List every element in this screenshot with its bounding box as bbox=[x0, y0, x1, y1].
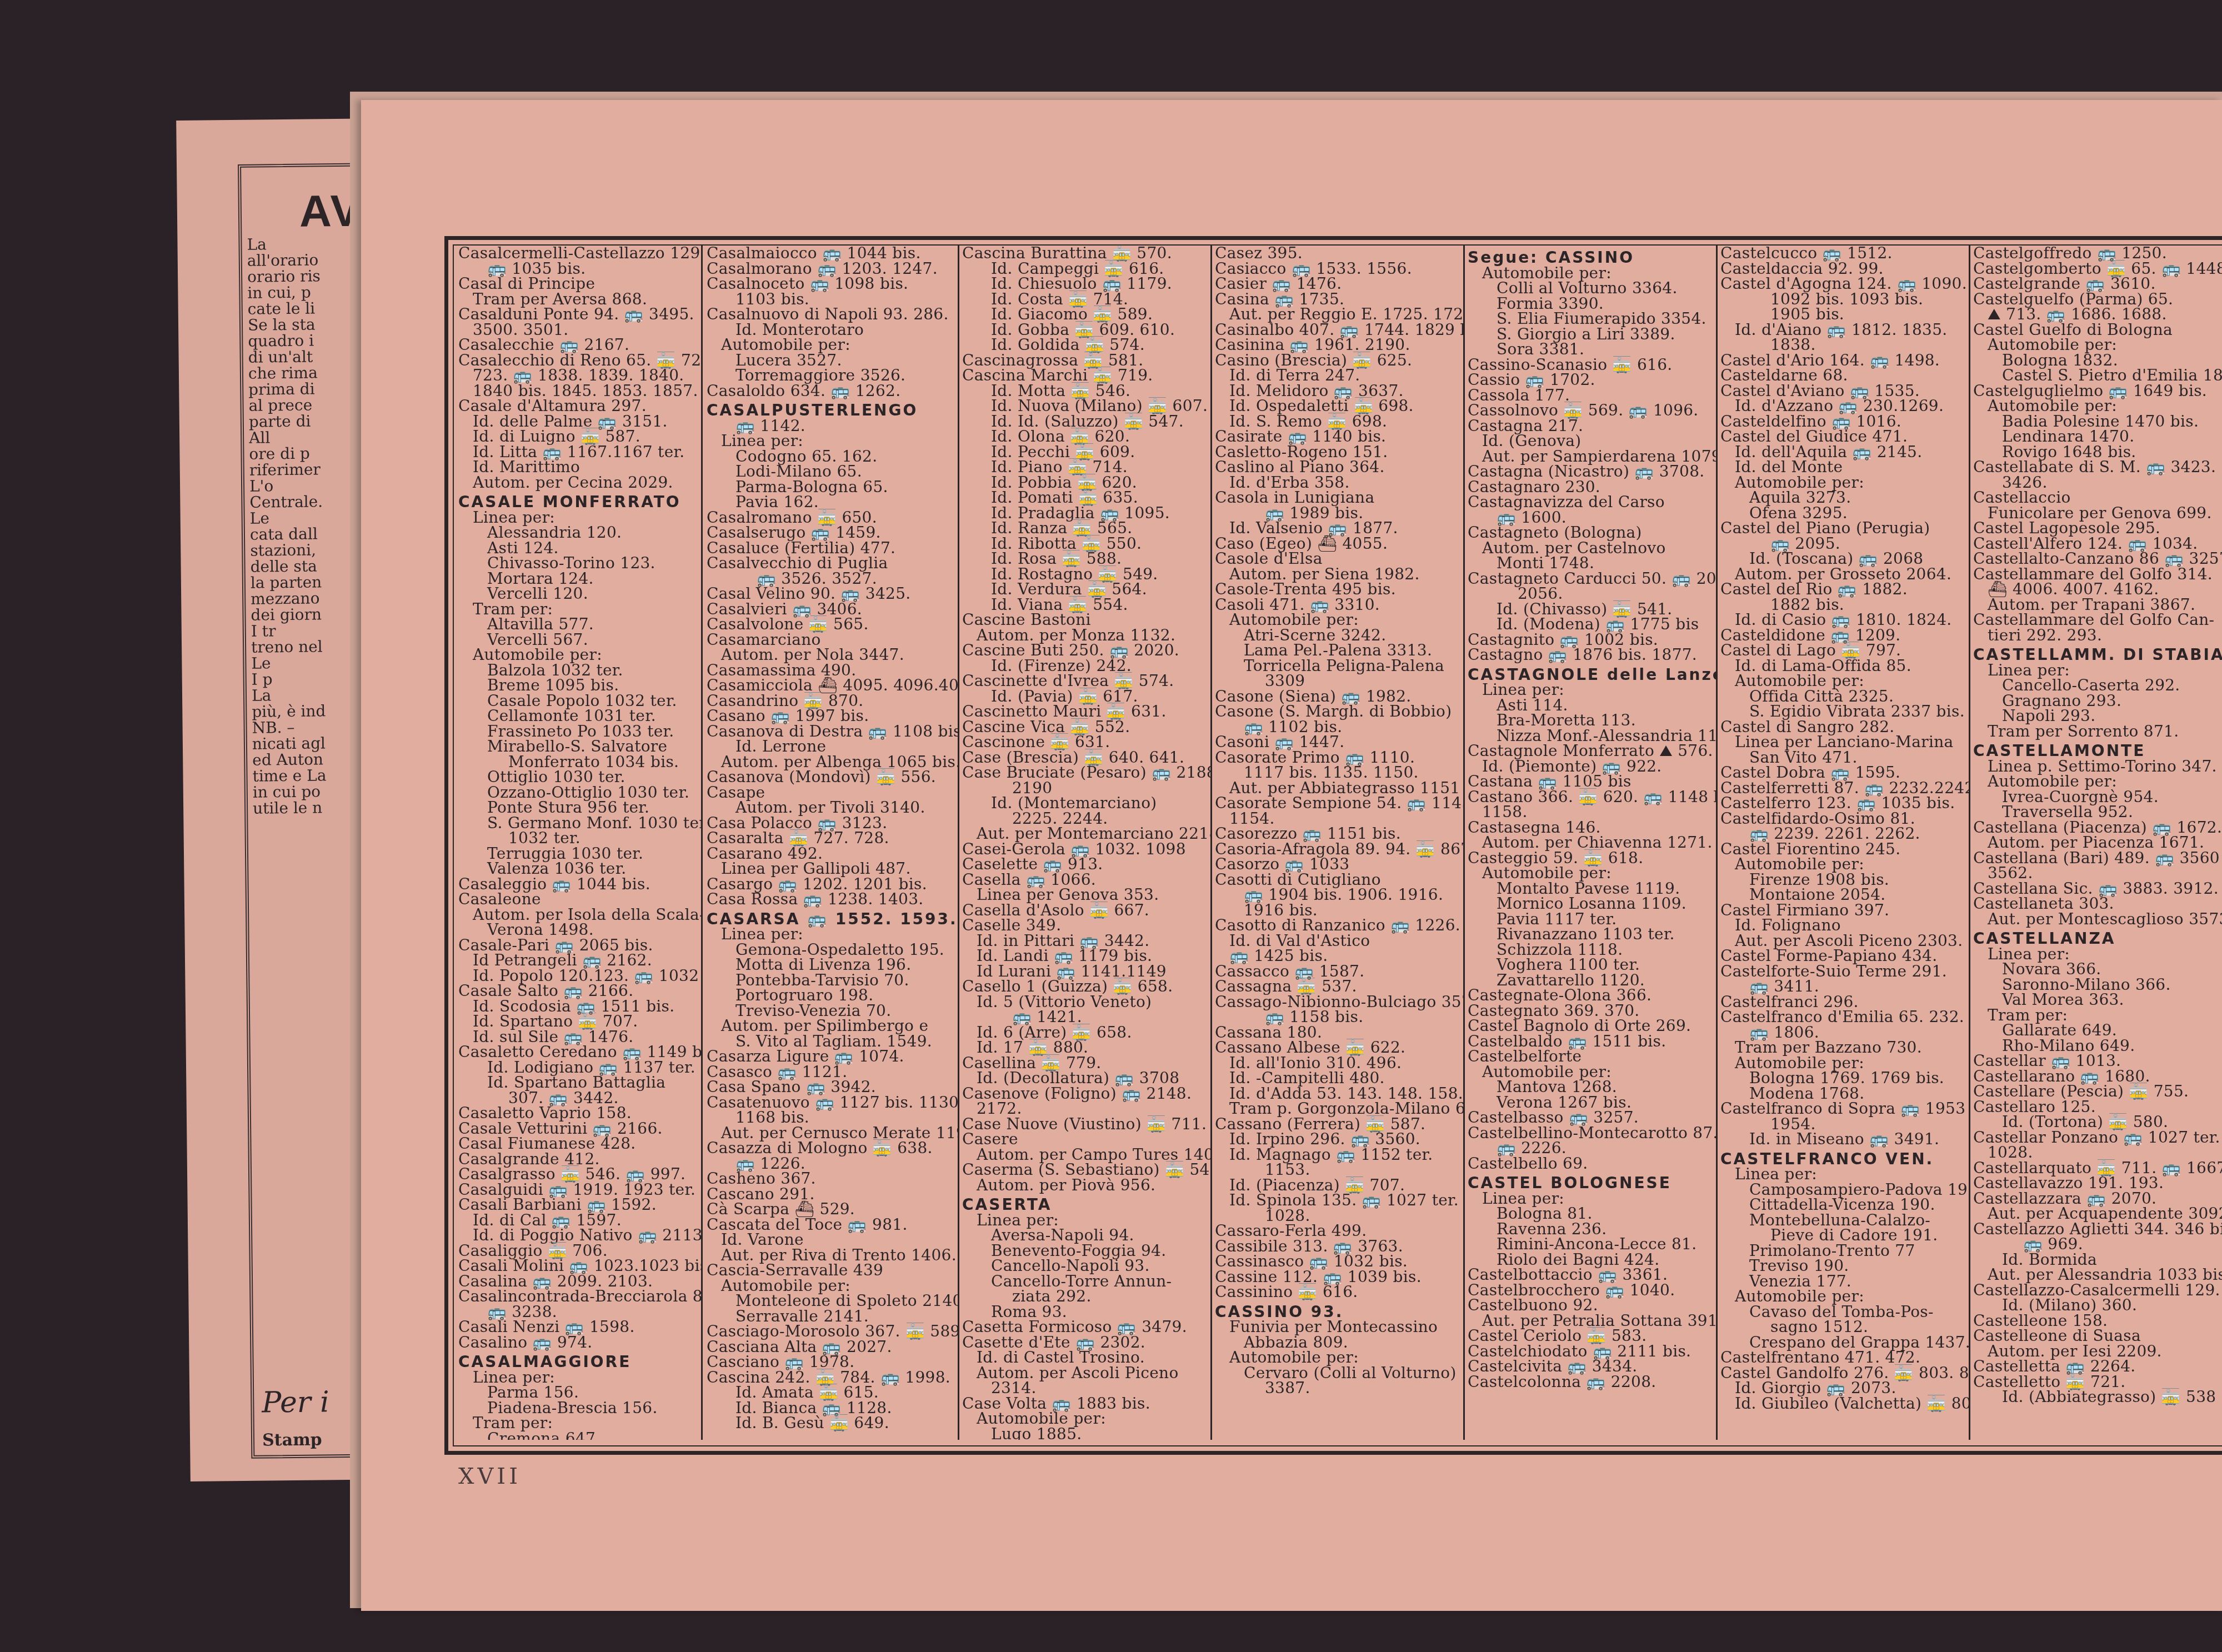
index-entry: San Vito 471. bbox=[1720, 750, 1970, 765]
index-entry: Cascano 291. bbox=[707, 1187, 959, 1202]
index-entry: Rho-Milano 649. bbox=[1973, 1038, 2222, 1054]
index-entry: Caslino al Piano 364. bbox=[1215, 459, 1465, 475]
index-entry: Colli al Volturno 3364. bbox=[1468, 281, 1718, 296]
index-entry: Schizzola 1118. bbox=[1468, 942, 1718, 958]
index-entry: Casheno 367. bbox=[707, 1171, 959, 1187]
index-entry: Id. (Pavia) 🚋 617. bbox=[962, 689, 1212, 704]
index-entry: Id. Motta 🚋 546. bbox=[962, 383, 1212, 399]
index-entry: Autom. per Nola 3447. bbox=[707, 647, 959, 663]
index-entry: Autom. per Trapani 3867. bbox=[1973, 597, 2222, 613]
index-entry: Castellana Sic. 🚌 3883. 3912. bbox=[1973, 881, 2222, 897]
index-entry: Castel S. Pietro d'Emilia 1832 bbox=[1973, 368, 2222, 383]
index-entry: Aut. per Montescaglioso 3573. bbox=[1973, 912, 2222, 927]
index-entry: Serravalle 2141. bbox=[707, 1309, 959, 1324]
index-entry: Autom. per Piacenza 1671. bbox=[1973, 835, 2222, 850]
index-entry: 🚌 1035 bis. bbox=[458, 261, 703, 277]
index-entry: Cascine Bastoni bbox=[962, 612, 1212, 628]
index-entry: Ozzano-Ottiglio 1030 ter. bbox=[458, 785, 703, 800]
index-entry: Casoni 🚌 1447. bbox=[1215, 734, 1465, 750]
index-column-3: Cascina Burattina 🚋 570.Id. Campeggi 🚋 6… bbox=[962, 246, 1212, 1440]
index-entry: Bologna 81. bbox=[1468, 1206, 1718, 1222]
index-entry: Lendinara 1470. bbox=[1973, 429, 2222, 444]
index-entry: Cremona 647. bbox=[458, 1431, 703, 1440]
index-entry: Castell'Alfero 124. 🚌 1034. bbox=[1973, 536, 2222, 552]
index-entry: Castelfranco d'Emilia 65. 232. bbox=[1720, 1009, 1970, 1025]
index-entry: Id. d'Azzano 🚌 230.1269. bbox=[1720, 398, 1970, 414]
index-entry: Cancello-Torre Annun- bbox=[962, 1274, 1212, 1289]
index-entry: Cassio 🚌 1702. bbox=[1468, 372, 1718, 388]
index-entry: Linea per: bbox=[962, 1213, 1212, 1228]
index-entry: Linea p. Settimo-Torino 347. bbox=[1973, 759, 2222, 774]
index-entry: Castelfranco di Sopra 🚌 1953 bis bbox=[1720, 1101, 1970, 1117]
index-page: Casalcermelli-Castellazzo 129.🚌 1035 bis… bbox=[361, 100, 2222, 1611]
index-entry: Aut. per Montemarciano 2218. bbox=[962, 826, 1212, 842]
index-entry: 🚌 1989 bis. bbox=[1215, 505, 1465, 521]
index-entry: Id Petrangeli 🚌 2162. bbox=[458, 953, 703, 968]
index-entry: Modena 1768. bbox=[1720, 1086, 1970, 1102]
index-entry: Funivia per Montecassino bbox=[1215, 1319, 1465, 1335]
index-entry: Portogruaro 198. bbox=[707, 988, 959, 1003]
index-entry: Castel Firmiano 397. bbox=[1720, 903, 1970, 918]
index-entry: Id. Scodosia 🚌 1511 bis. bbox=[458, 999, 703, 1014]
index-entry: Casalguidi 🚌 1919. 1923 ter. bbox=[458, 1182, 703, 1198]
index-entry: Tram per: bbox=[458, 1415, 703, 1431]
index-entry: Casale-Pari 🚌 2065 bis. bbox=[458, 938, 703, 953]
index-entry: Autom. per Tivoli 3140. bbox=[707, 800, 959, 815]
index-entry: Castellammare del Golfo 314. bbox=[1973, 567, 2222, 582]
index-entry: Id. Campeggi 🚋 616. bbox=[962, 261, 1212, 277]
index-entry: Zavattarello 1120. bbox=[1468, 973, 1718, 988]
station-heading: CASTELLAMONTE bbox=[1973, 743, 2222, 759]
index-entry: Casteggio 59. 🚋 618. bbox=[1468, 850, 1718, 866]
index-entry: Case Nuove (Viustino) 🚋 711. bbox=[962, 1117, 1212, 1132]
index-entry: 🚌 2095. bbox=[1720, 536, 1970, 552]
index-entry: Id. Gobba 🚋 609. 610. bbox=[962, 322, 1212, 338]
index-entry: Casciana Alta 🚌 2027. bbox=[707, 1339, 959, 1355]
index-entry: Autom. per Grosseto 2064. bbox=[1720, 567, 1970, 582]
index-entry: Casone (Siena) 🚌 1982. bbox=[1215, 689, 1465, 704]
index-entry: Castagna 217. bbox=[1468, 418, 1718, 434]
station-heading: CASTEL BOLOGNESE bbox=[1468, 1175, 1718, 1191]
index-entry: Linea per Gallipoli 487. bbox=[707, 861, 959, 877]
index-entry: Verona 1267 bis. bbox=[1468, 1095, 1718, 1110]
index-entry: Castegnato 369. 370. bbox=[1468, 1003, 1718, 1019]
index-entry: Castel d'Agogna 124. 🚌 1090. bbox=[1720, 276, 1970, 292]
index-entry: Automobile per: bbox=[1720, 1055, 1970, 1071]
index-entry: Id. Verdura 🚋 564. bbox=[962, 582, 1212, 597]
index-entry: Automobile per: bbox=[458, 647, 703, 663]
index-entry: Id. Spinola 135. 🚌 1027 ter. bbox=[1215, 1193, 1465, 1208]
index-entry: Cascinetto Mauri 🚋 631. bbox=[962, 704, 1212, 719]
index-entry: 1840 bis. 1845. 1853. 1857. bbox=[458, 383, 703, 399]
index-entry: Id. (Modena) 🚌 1775 bis bbox=[1468, 617, 1718, 632]
index-entry: Id. d'Aiano 🚌 1812. 1835. bbox=[1720, 322, 1970, 338]
index-entry: Cassinasco 🚌 1032 bis. bbox=[1215, 1254, 1465, 1269]
index-entry: Cervaro (Colli al Volturno) bbox=[1215, 1365, 1465, 1381]
index-entry: Napoli 293. bbox=[1973, 708, 2222, 724]
index-entry: Valenza 1036 ter. bbox=[458, 861, 703, 877]
index-entry: 3562. bbox=[1973, 865, 2222, 881]
index-entry: Casaleggio 🚌 1044 bis. bbox=[458, 877, 703, 892]
index-entry: Montebelluna-Calalzo- bbox=[1720, 1213, 1970, 1228]
index-entry: Id. Ranza 🚋 565. bbox=[962, 520, 1212, 536]
index-entry: 1154. bbox=[1215, 811, 1465, 827]
index-entry: Gragnano 293. bbox=[1973, 693, 2222, 709]
index-entry: Sora 3381. bbox=[1468, 342, 1718, 357]
index-entry: Id. (Piemonte) 🚌 922. bbox=[1468, 759, 1718, 774]
index-entry: Castagnito 🚌 1002 bis. bbox=[1468, 632, 1718, 648]
index-entry: Traversella 952. bbox=[1973, 804, 2222, 820]
index-entry: Casale Popolo 1032 ter. bbox=[458, 693, 703, 709]
index-entry: Castasegna 146. bbox=[1468, 820, 1718, 835]
index-entry: Tram per: bbox=[458, 602, 703, 617]
index-entry: Castel Bagnolo di Orte 269. bbox=[1468, 1018, 1718, 1034]
index-entry: Vercelli 567. bbox=[458, 632, 703, 648]
index-entry: ⛴ 4006. 4007. 4162. bbox=[1973, 582, 2222, 597]
index-entry: Id. Ospedaletti 🚋 698. bbox=[1215, 398, 1465, 414]
index-entry: Casoria-Afragola 89. 94. 🚋 867. bbox=[1215, 842, 1465, 857]
station-heading: CASTELLAMM. DI STABIA bbox=[1973, 647, 2222, 663]
index-entry: Benevento-Foggia 94. bbox=[962, 1243, 1212, 1259]
index-entry: Castellana (Piacenza) 🚌 1672. bbox=[1973, 820, 2222, 835]
index-entry: Casteldarne 68. bbox=[1720, 368, 1970, 383]
index-entry: Asti 114. bbox=[1468, 698, 1718, 713]
index-entry: 3500. 3501. bbox=[458, 322, 703, 338]
index-entry: 🚌 1158 bis. bbox=[1215, 1009, 1465, 1025]
index-entry: Cassolnovo 🚋 569. 🚌 1096. bbox=[1468, 403, 1718, 418]
index-entry: Casa Spano 🚌 3942. bbox=[707, 1079, 959, 1095]
index-entry: Mortara 124. bbox=[458, 571, 703, 587]
index-entry: Casez 395. bbox=[1215, 246, 1465, 261]
index-entry: Camposampiero-Padova 191 bbox=[1720, 1182, 1970, 1198]
index-entry: Castano 366. 🚋 620. 🚌 1148 bis bbox=[1468, 789, 1718, 805]
index-entry: Casamicciola ⛴ 4095. 4096.4097. bbox=[707, 678, 959, 693]
station-heading: CASTELFRANCO VEN. bbox=[1720, 1152, 1970, 1167]
index-entry: Cassago-Nibionno-Bulciago 357 bbox=[1215, 994, 1465, 1010]
index-entry: Id. Bianca 🚌 1128. bbox=[707, 1400, 959, 1416]
index-entry: Castelcolonna 🚌 2208. bbox=[1468, 1374, 1718, 1390]
index-entry: Castel Gandolfo 276. 🚋 803. 804. bbox=[1720, 1365, 1970, 1381]
index-entry: Linea per: bbox=[458, 510, 703, 525]
index-entry: Casali Molini 🚌 1023.1023 bis. bbox=[458, 1258, 703, 1274]
index-entry: Casanova di Destra 🚌 1108 bis. bbox=[707, 724, 959, 739]
index-entry: Id. Spartano Battaglia bbox=[458, 1075, 703, 1090]
index-entry: Autom. per Isola della Scala- bbox=[458, 907, 703, 923]
index-entry: 🚌 2239. 2261. 2262. bbox=[1720, 826, 1970, 842]
index-entry: Automobile per: bbox=[1973, 774, 2222, 789]
index-entry: Parma-Bologna 65. bbox=[707, 479, 959, 495]
index-entry: Castagnavizza del Carso bbox=[1468, 494, 1718, 510]
index-entry: Cassibile 313. 🚌 3763. bbox=[1215, 1239, 1465, 1254]
index-entry: Id. di Luigno 🚋 587. bbox=[458, 429, 703, 444]
index-entry: Autom. per Cecina 2029. bbox=[458, 475, 703, 490]
index-entry: Autom. per Siena 1982. bbox=[1215, 567, 1465, 582]
index-entry: Casalgrande 412. bbox=[458, 1152, 703, 1167]
index-entry: Castelchiodato 🚌 2111 bis. bbox=[1468, 1344, 1718, 1359]
index-entry: Id. 5 (Vittorio Veneto) bbox=[962, 994, 1212, 1010]
index-entry: Id. all'Ionio 310. 496. bbox=[1215, 1055, 1465, 1071]
index-entry: Casorate Sempione 54. 🚌 1145. bbox=[1215, 795, 1465, 811]
index-entry: Autom. per Iesi 2209. bbox=[1973, 1344, 2222, 1359]
index-entry: Verona 1498. bbox=[458, 922, 703, 938]
index-entry: S. Giorgio a Liri 3389. bbox=[1468, 327, 1718, 342]
index-entry: Automobile per: bbox=[707, 1278, 959, 1294]
index-entry: Castagneto Carducci 50. 🚌 2055. bbox=[1468, 571, 1718, 587]
index-entry: Firenze 1908 bis. bbox=[1720, 872, 1970, 888]
index-entry: Cassino-Scanasio 🚋 616. bbox=[1468, 357, 1718, 373]
station-heading: Segue: CASSINO bbox=[1468, 250, 1718, 266]
index-entry: Tram p. Gorgonzola-Milano 609 bbox=[1215, 1101, 1465, 1117]
index-entry: Castelguelfo (Parma) 65. bbox=[1973, 292, 2222, 307]
index-entry: 1092 bis. 1093 bis. bbox=[1720, 292, 1970, 307]
index-entry: Id. (Piacenza) 🚋 707. bbox=[1215, 1178, 1465, 1193]
index-entry: Casalvecchio di Puglia bbox=[707, 555, 959, 571]
index-entry: Id. di Lama-Offida 85. bbox=[1720, 658, 1970, 674]
index-entry: Id. (Milano) 360. bbox=[1973, 1298, 2222, 1313]
index-entry: 2172. bbox=[962, 1101, 1212, 1117]
index-entry: 1032 ter. bbox=[458, 830, 703, 846]
index-entry: 723. 🚌 1838. 1839. 1840. bbox=[458, 368, 703, 383]
index-column-6: Castelcucco 🚌 1512.Casteldaccia 92. 99.C… bbox=[1720, 246, 1970, 1440]
index-entry: Id. Rostagno 🚋 549. bbox=[962, 567, 1212, 582]
index-entry: Castelbellino-Montecarotto 87. bbox=[1468, 1125, 1718, 1141]
index-entry: Lugo 1885. bbox=[962, 1426, 1212, 1440]
station-heading: CASTAGNOLE delle Lanze bbox=[1468, 667, 1718, 683]
index-entry: Id. Varone bbox=[707, 1232, 959, 1248]
index-entry: Automobile per: bbox=[962, 1411, 1212, 1426]
index-entry: Id. Pecchi 🚋 609. bbox=[962, 444, 1212, 460]
index-entry: Ofena 3295. bbox=[1720, 505, 1970, 521]
index-entry: S. Egidio Vibrata 2337 bis. bbox=[1720, 704, 1970, 719]
index-entry: Autom. per Campo Tures 1400 bbox=[962, 1147, 1212, 1163]
index-entry: Casalgrasso 🚋 546. 🚌 997. bbox=[458, 1167, 703, 1182]
index-entry: S. Elia Fiumerapido 3354. bbox=[1468, 311, 1718, 327]
index-entry: Casano 🚌 1997 bis. bbox=[707, 708, 959, 724]
index-entry: Cascia-Serravalle 439 bbox=[707, 1263, 959, 1278]
index-entry: Id. (Toscana) 🚌 2068 bbox=[1720, 551, 1970, 567]
index-entry: Id. Litta 🚌 1167.1167 ter. bbox=[458, 444, 703, 460]
index-entry: Linea per: bbox=[1720, 1167, 1970, 1182]
index-entry: Cassagna 🚋 537. bbox=[1215, 979, 1465, 994]
index-entry: Automobile per: bbox=[1720, 673, 1970, 689]
index-entry: Id. Costa 🚋 714. bbox=[962, 292, 1212, 307]
index-entry: Casasco 🚌 1121. bbox=[707, 1064, 959, 1080]
index-entry: Casalcermelli-Castellazzo 129. bbox=[458, 246, 703, 261]
index-entry: Id. Pobbia 🚋 620. bbox=[962, 475, 1212, 490]
index-entry: Ottiglio 1030 ter. bbox=[458, 769, 703, 785]
index-entry: Montalto Pavese 1119. bbox=[1468, 881, 1718, 897]
index-entry: Castelbello 69. bbox=[1468, 1156, 1718, 1172]
index-entry: Casotto di Ranzanico 🚌 1226. bbox=[1215, 918, 1465, 933]
index-entry: Bologna 1769. 1769 bis. bbox=[1720, 1070, 1970, 1086]
index-entry: Monti 1748. bbox=[1468, 555, 1718, 571]
index-entry: Pontebba-Tarvisio 70. bbox=[707, 973, 959, 988]
index-entry: Gemona-Ospedaletto 195. bbox=[707, 942, 959, 958]
index-entry: Id. B. Gesù 🚋 649. bbox=[707, 1415, 959, 1431]
index-entry: Aversa-Napoli 94. bbox=[962, 1228, 1212, 1243]
index-entry: Id. Amata 🚋 615. bbox=[707, 1385, 959, 1400]
index-entry: Casina 🚌 1735. bbox=[1215, 292, 1465, 307]
index-entry: Casalino 🚌 974. bbox=[458, 1335, 703, 1350]
index-entry: Castelfrentano 471. 472. bbox=[1720, 1350, 1970, 1365]
index-entry: Id. Giacomo 🚋 589. bbox=[962, 307, 1212, 322]
index-entry: Linea per: bbox=[1468, 1191, 1718, 1207]
index-entry: S. Germano Monf. 1030 ter. bbox=[458, 815, 703, 831]
index-entry: Id. Magnago 🚌 1152 ter. bbox=[1215, 1147, 1465, 1163]
index-entry: Casteldelfino 🚌 1016. bbox=[1720, 414, 1970, 429]
index-entry: Id. sul Sile 🚌 1476. bbox=[458, 1029, 703, 1045]
index-entry: Piadena-Brescia 156. bbox=[458, 1400, 703, 1416]
index-entry: Atri-Scerne 3242. bbox=[1215, 628, 1465, 643]
index-entry: Id. di Poggio Nativo 🚌 2113 bbox=[458, 1228, 703, 1243]
index-entry: Id. (Genova) bbox=[1468, 433, 1718, 449]
index-entry: Castellabate di S. M. 🚌 3423. bbox=[1973, 459, 2222, 475]
index-entry: Rovigo 1648 bis. bbox=[1973, 444, 2222, 460]
index-entry: Autom. per Albenga 1065 bis. bbox=[707, 754, 959, 770]
index-entry: Casalvieri 🚌 3406. bbox=[707, 602, 959, 617]
index-entry: Caserma (S. Sebastiano) 🚋 541. bbox=[962, 1162, 1212, 1178]
index-entry: Motta di Livenza 196. bbox=[707, 957, 959, 973]
index-entry: Mirabello-S. Salvatore bbox=[458, 739, 703, 754]
index-entry: Linea per: bbox=[1973, 663, 2222, 678]
index-entry: Casalecchio di Reno 65. 🚋 722. bbox=[458, 353, 703, 368]
index-entry: Chivasso-Torino 123. bbox=[458, 555, 703, 571]
index-entry: Casalserugo 🚌 1459. bbox=[707, 525, 959, 540]
index-entry: Casaliggio 🚋 706. bbox=[458, 1243, 703, 1259]
index-entry: Id. (Chivasso) 🚋 541. bbox=[1468, 602, 1718, 617]
index-entry: Id. d'Adda 53. 143. 148. 158. bbox=[1215, 1086, 1465, 1102]
index-entry: Breme 1095 bis. bbox=[458, 678, 703, 693]
index-entry: Casino (Brescia) 🚋 625. bbox=[1215, 353, 1465, 368]
index-entry: Automobile per: bbox=[1468, 266, 1718, 281]
index-entry: Casal di Principe bbox=[458, 276, 703, 292]
index-entry: 🚌 969. bbox=[1973, 1237, 2222, 1252]
index-entry: Id. Landi 🚌 1179 bis. bbox=[962, 948, 1212, 964]
index-entry: 307. 🚌 3442. bbox=[458, 1090, 703, 1106]
index-entry: Roma 93. bbox=[962, 1304, 1212, 1320]
index-entry: Id. Monterotaro bbox=[707, 322, 959, 338]
index-entry: Id. Goldida 🚋 574. bbox=[962, 337, 1212, 353]
station-heading: CASALMAGGIORE bbox=[458, 1354, 703, 1370]
index-entry: 🚌 1102 bis. bbox=[1215, 719, 1465, 735]
index-entry: Caselle 349. bbox=[962, 918, 1212, 933]
index-entry: Tram per Aversa 868. bbox=[458, 292, 703, 307]
index-entry: 2225. 2244. bbox=[962, 811, 1212, 827]
index-entry: Id. in Pittari 🚌 3442. bbox=[962, 933, 1212, 949]
index-entry: Val Morea 363. bbox=[1973, 992, 2222, 1008]
index-entry: 1916 bis. bbox=[1215, 903, 1465, 918]
index-entry: 1838. bbox=[1720, 337, 1970, 353]
index-entry: Aut. per Sampierdarena 1079 bis bbox=[1468, 449, 1718, 464]
index-entry: 🚌 1226. bbox=[707, 1156, 959, 1172]
index-entry: 🚌 2226. bbox=[1468, 1140, 1718, 1156]
index-entry: Casalvolone 🚋 565. bbox=[707, 617, 959, 632]
index-entry: Torricella Peligna-Palena bbox=[1215, 658, 1465, 674]
index-entry: Castellar 🚌 1013. bbox=[1973, 1053, 2222, 1069]
index-column-4: Casez 395.Casiacco 🚌 1533. 1556.Casier 🚌… bbox=[1215, 246, 1465, 1440]
index-entry: Castelfranci 296. bbox=[1720, 994, 1970, 1010]
index-entry: Castellar Ponzano 🚌 1027 ter. bbox=[1973, 1130, 2222, 1145]
index-column-7: Castelgoffredo 🚌 1250.Castelgomberto 🚋 6… bbox=[1973, 246, 2222, 1440]
index-entry: Casaletto Ceredano 🚌 1149 bis. bbox=[458, 1044, 703, 1060]
index-entry: Casarano 492. bbox=[707, 846, 959, 862]
index-entry: Casaluce (Fertilia) 477. bbox=[707, 540, 959, 556]
index-entry: Castellazzo Aglietti 344. 346 bis. bbox=[1973, 1222, 2222, 1237]
index-entry: Castelferro 123. 🚌 1035 bis. bbox=[1720, 795, 1970, 811]
index-entry: Casaloldo 634. 🚌 1262. bbox=[707, 383, 959, 399]
index-entry: Castellammare del Golfo Can- bbox=[1973, 612, 2222, 628]
index-entry: Cascine Buti 250. 🚌 2020. bbox=[962, 643, 1212, 658]
index-entry: Linea per: bbox=[458, 1370, 703, 1385]
index-entry: Id. (Firenze) 242. bbox=[962, 658, 1212, 674]
index-entry: Automobile per: bbox=[1215, 612, 1465, 628]
index-entry: Pavia 162. bbox=[707, 494, 959, 510]
station-heading: CASARSA 🚌 1552. 1593. bbox=[707, 912, 959, 927]
index-entry: Casotti di Cutigliano bbox=[1215, 872, 1465, 888]
index-entry: Casenove (Foligno) 🚌 2148. bbox=[962, 1086, 1212, 1102]
index-entry: Autom. per Spilimbergo e bbox=[707, 1018, 959, 1034]
back-page-bottom-text: Per i bbox=[262, 1385, 329, 1419]
index-entry: Id. Piano 🚋 714. bbox=[962, 459, 1212, 475]
index-entry: Rivanazzano 1103 ter. bbox=[1468, 927, 1718, 942]
index-entry: Casletto-Rogeno 151. bbox=[1215, 444, 1465, 460]
index-entry: Casello 1 (Guizza) 🚋 658. bbox=[962, 979, 1212, 994]
index-entry: tieri 292. 293. bbox=[1973, 628, 2222, 643]
index-entry: 1028. bbox=[1973, 1145, 2222, 1160]
index-entry: Id. (Abbiategrasso) 🚋 538 bbox=[1973, 1389, 2222, 1405]
index-entry: Id. (Tortona) 🚋 580. bbox=[1973, 1114, 2222, 1130]
index-entry: Treviso 190. bbox=[1720, 1258, 1970, 1274]
index-entry: Funicolare per Genova 699. bbox=[1973, 505, 2222, 521]
index-entry: Id. Lerrone bbox=[707, 739, 959, 754]
index-entry: Casalina 🚌 2099. 2103. bbox=[458, 1274, 703, 1289]
index-entry: Bologna 1832. bbox=[1973, 353, 2222, 368]
index-entry: Venezia 177. bbox=[1720, 1274, 1970, 1289]
index-entry: Castegnate-Olona 366. bbox=[1468, 988, 1718, 1003]
index-entry: Castelbrocchero 🚌 1040. bbox=[1468, 1283, 1718, 1298]
index-entry: Casazza di Mologno 🚋 638. bbox=[707, 1140, 959, 1156]
index-entry: Aut. per Ascoli Piceno 2303. bbox=[1720, 933, 1970, 949]
index-entry: S. Vito al Tagliam. 1549. bbox=[707, 1034, 959, 1049]
index-entry: Id. S. Remo 🚋 698. bbox=[1215, 414, 1465, 429]
index-entry: Casanova (Mondovì) 🚋 556. bbox=[707, 769, 959, 785]
index-entry: Casciano 🚌 1978. bbox=[707, 1354, 959, 1370]
index-entry: 1103 bis. bbox=[707, 292, 959, 307]
index-entry: sagno 1512. bbox=[1720, 1319, 1970, 1335]
index-entry: 1028. bbox=[1215, 1208, 1465, 1224]
index-entry: Castellalto-Canzano 86 🚌 3257. bbox=[1973, 551, 2222, 567]
index-entry: Castelferretti 87. 🚌 2232.2242. bbox=[1720, 780, 1970, 796]
index-entry: Id. Melidoro 🚌 3637. bbox=[1215, 383, 1465, 399]
index-entry: Altavilla 577. bbox=[458, 617, 703, 632]
index-entry: Id. delle Palme 🚌 3151. bbox=[458, 414, 703, 429]
index-entry: Automobile per: bbox=[1468, 1064, 1718, 1080]
index-entry: Automobile per: bbox=[1720, 475, 1970, 490]
index-entry: Casali Nenzi 🚌 1598. bbox=[458, 1319, 703, 1335]
index-entry: Castel Forme-Papiano 434. bbox=[1720, 948, 1970, 964]
index-entry: Castelgrande 🚌 3610. bbox=[1973, 276, 2222, 292]
index-column-2: Casalmaiocco 🚌 1044 bis.Casalmorano 🚌 12… bbox=[707, 246, 959, 1440]
index-entry: Id. 17 🚋 880. bbox=[962, 1040, 1212, 1055]
index-entry: Castel d'Aviano 🚌 1535. bbox=[1720, 383, 1970, 399]
station-heading: CASTELLANZA bbox=[1973, 931, 2222, 947]
index-entry: Cancello-Napoli 93. bbox=[962, 1258, 1212, 1274]
index-entry: Castellaro 125. bbox=[1973, 1099, 2222, 1115]
index-entry: Id. Viana 🚋 554. bbox=[962, 597, 1212, 613]
index-entry: Aut. per Petralia Sottana 3910. bbox=[1468, 1313, 1718, 1329]
index-entry: Id. 6 (Arre) 🚋 658. bbox=[962, 1025, 1212, 1040]
index-entry: Id. Bormida bbox=[1973, 1252, 2222, 1268]
